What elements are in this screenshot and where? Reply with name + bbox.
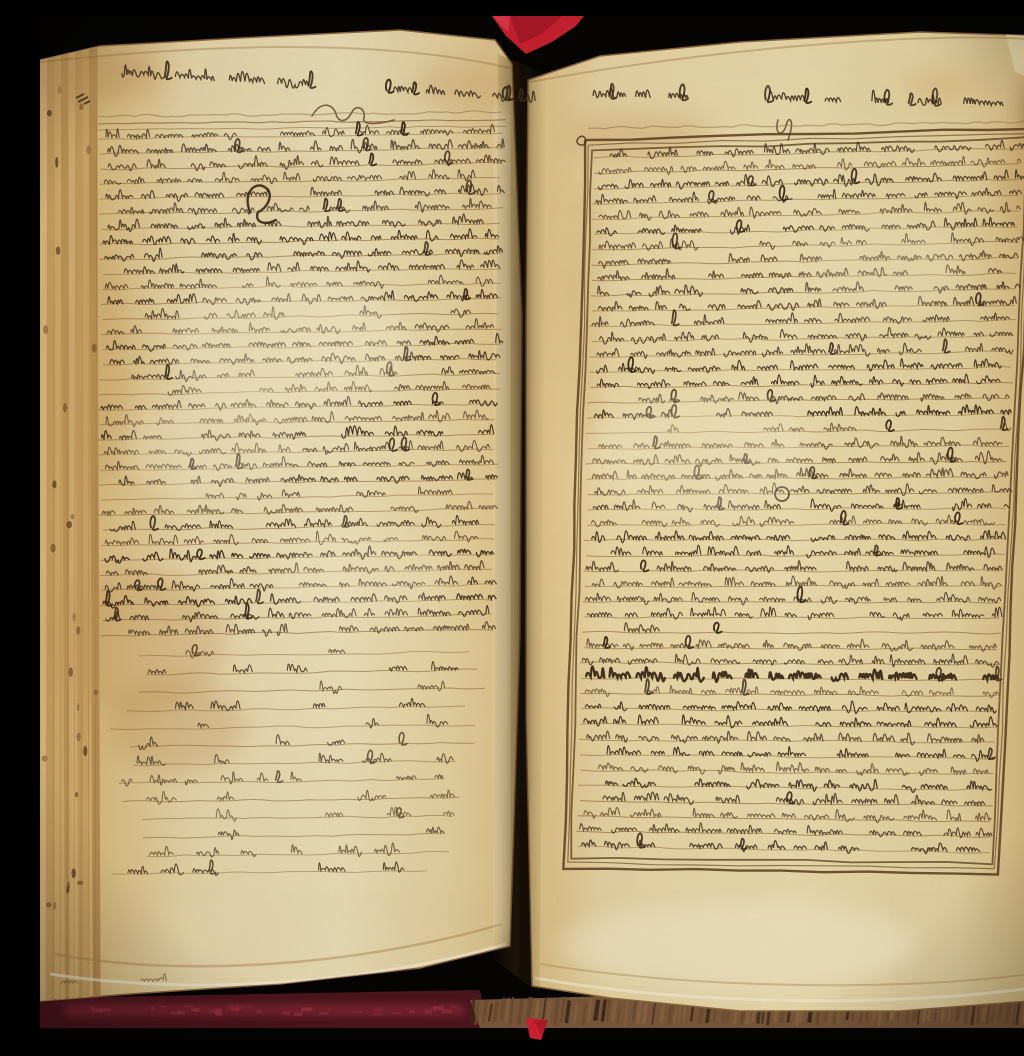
photo-vignette: [40, 16, 1024, 1040]
manuscript-photo: Open antique manuscript book: two aged p…: [40, 16, 1024, 1040]
manuscript-scene: [40, 16, 1024, 1040]
